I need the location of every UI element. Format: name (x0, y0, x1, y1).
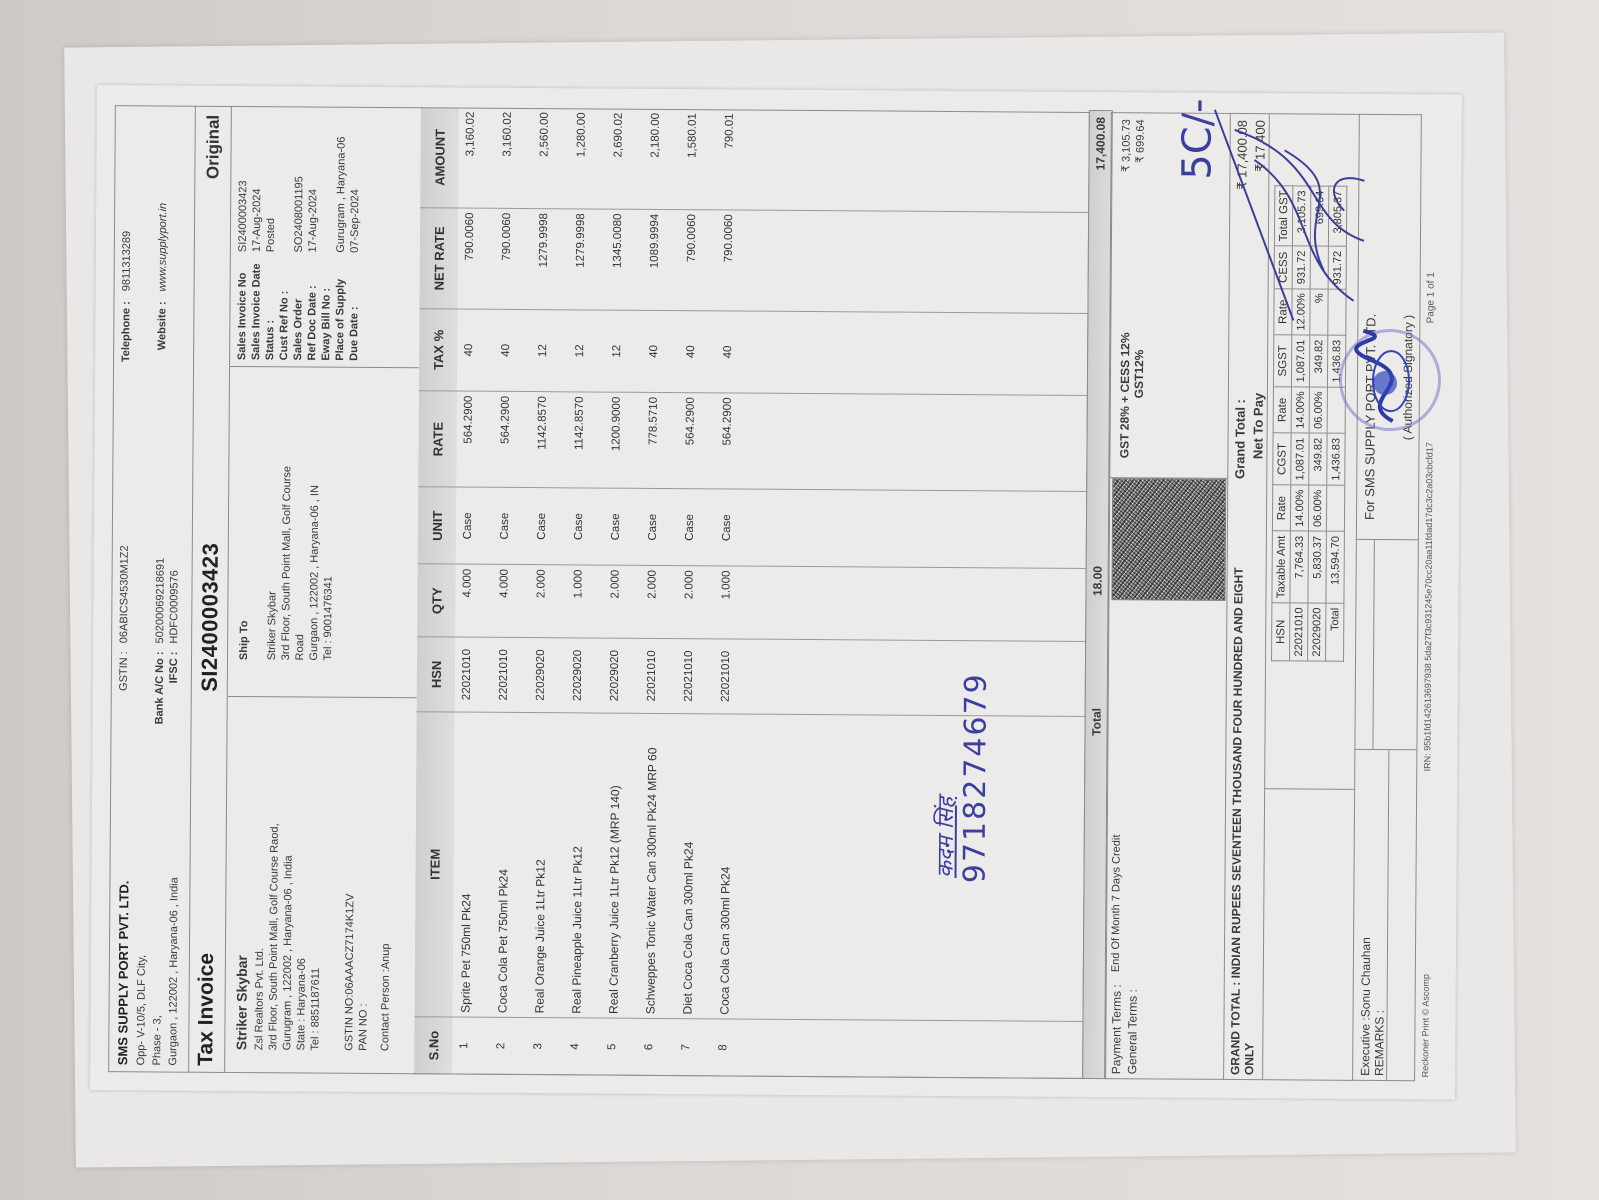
meta-label: Place of Supply (334, 279, 347, 361)
meta-label: Status : (264, 320, 276, 360)
hsn-cell: 06.00% (1309, 387, 1327, 433)
grand-total-words-line2: ONLY (1242, 1043, 1256, 1075)
meta-label: Cust Ref No : (278, 291, 290, 361)
hsn-cell: 349.82 (1309, 433, 1327, 485)
website-value: www.supplyport.in (157, 203, 170, 292)
tax-summary-label: GST 28% + CESS 12% (1117, 332, 1132, 458)
hsn-column-header: Rate (1273, 387, 1291, 433)
bill-to-pan: PAN NO : (357, 1003, 369, 1051)
qr-code (1111, 478, 1226, 601)
meta-value: 07-Sep-2024 (349, 189, 361, 253)
meta-label: Eway Bill No : (320, 288, 333, 361)
handwritten-phone: 9718274679 (957, 672, 993, 883)
gstin-label: GSTIN : (117, 651, 130, 741)
meta-value: Posted (265, 218, 277, 252)
ship-to-line: Striker Skybar (266, 591, 278, 660)
bill-to-contact: Contact Person :Anup (379, 943, 392, 1051)
net-to-pay-label: Net To Pay (1250, 393, 1265, 459)
tax-summary-label: GST12% (1132, 350, 1146, 399)
meta-label: Sales Invoice No (236, 273, 249, 361)
hsn-cell: 7,764.33 (1290, 531, 1308, 603)
hsn-total-cell (1326, 485, 1344, 531)
bill-to-line: Tel : 8851187611 (309, 968, 322, 1051)
grand-total-label: Grand Total : (1232, 399, 1248, 479)
company-name: SMS SUPPLY PORT PVT. LTD. (115, 880, 131, 1065)
bill-to-name: Striker Skybar (233, 955, 250, 1050)
invoice-number-heading: SI2400003423 (197, 543, 224, 692)
bill-to-line: Gurugram , 122002 , Haryana-06 , India (281, 855, 294, 1050)
telephone-value: 9811313289 (121, 231, 133, 291)
meta-value: SO2408001195 (293, 176, 306, 252)
hsn-cell: 5,830.37 (1308, 531, 1326, 603)
company-header: SMS SUPPLY PORT PVT. LTD. Opp- V-10/5, D… (108, 105, 196, 1073)
meta-value: 17-Aug-2024 (251, 188, 263, 252)
executive-name: Executive :Sonu Chauhan (1358, 937, 1373, 1076)
hsn-cell: 14.00% (1291, 387, 1309, 433)
ship-to-line: 3rd Floor, South Point Mall, Golf Course (280, 466, 293, 661)
general-terms-label: General Terms : (1125, 989, 1140, 1074)
software-credit: Reckoner Print © Ascomp (1420, 974, 1431, 1077)
total-amount: 17,400.08 (1093, 117, 1107, 170)
meta-label: Sales Order (292, 299, 304, 361)
bill-to-gstin: GSTIN NO:06AAACZ7174K1ZV (343, 894, 356, 1051)
ship-to-heading: Ship To (238, 621, 250, 661)
invoice-page: SMS SUPPLY PORT PVT. LTD. Opp- V-10/5, D… (90, 85, 1462, 1100)
tax-summary-value: ₹ 699.64 (1133, 119, 1146, 163)
hsn-column-header: HSN (1272, 603, 1290, 661)
hsn-column-header: Taxable Amt (1272, 531, 1290, 603)
hsn-total-cell: Total (1326, 603, 1344, 661)
company-address-1: Opp- V-10/5, DLF City, (135, 955, 148, 1066)
ship-to-line: Road (294, 634, 306, 660)
hsn-column-header: CGST (1273, 433, 1291, 485)
payment-terms-label: Payment Terms : (1109, 984, 1124, 1074)
bank-ac-label: Bank A/C No : (153, 651, 166, 741)
handwritten-mark: 5C/- (1174, 98, 1221, 180)
grand-total-words: GRAND TOTAL : INDIAN RUPEES SEVENTEEN TH… (1228, 567, 1246, 1075)
irn-number: IRN: 95b1fd142613697938 5da27f3c931245e7… (1422, 442, 1434, 771)
hsn-cell: 22029020 (1308, 603, 1326, 661)
total-label: Total (1089, 708, 1104, 808)
telephone-label: Telephone : (120, 301, 133, 391)
hsn-column-header: Rate (1272, 485, 1290, 531)
meta-label: Due Date : (348, 306, 360, 360)
document-title: Tax Invoice (194, 953, 219, 1066)
items-table-border (414, 107, 1090, 1079)
bill-to-line: Zsl Realtors Pvt. Ltd. (253, 948, 266, 1050)
hsn-cell: 06.00% (1308, 485, 1326, 531)
company-address-2: Phase - 3, (151, 1015, 163, 1065)
gstin-value: 06ABICS4530M1Z2 (118, 545, 131, 643)
payment-terms-value: End Of Month 7 Days Credit (1110, 835, 1123, 973)
address-section: Striker Skybar Zsl Realtors Pvt. Ltd. 3r… (224, 106, 423, 1074)
company-address-3: Gurgaon , 122002 , Haryana-06 , India (167, 877, 180, 1065)
bank-ac-value: 50200069218691 (154, 558, 167, 644)
hsn-cell: 14.00% (1290, 485, 1308, 531)
handwritten-name: कदम सिंह (930, 797, 961, 878)
bill-to-line: 3rd Floor, South Point Mall, Golf Course… (267, 823, 281, 1050)
hsn-total-cell: 1,436.83 (1327, 433, 1345, 485)
remarks-label: REMARKS : (1372, 1010, 1386, 1076)
ship-to-line: Gurgaon , 122002 , Haryana-06 , IN (308, 485, 321, 661)
website-label: Website : (156, 301, 169, 391)
total-qty: 18.00 (1090, 566, 1105, 638)
ship-to-line: Tel : 9001476341 (322, 576, 335, 661)
meta-value: 17-Aug-2024 (307, 189, 319, 253)
meta-label: Sales Invoice Date (250, 263, 263, 360)
meta-label: Ref Doc Date : (306, 285, 319, 360)
meta-value: SI2400003423 (237, 180, 249, 252)
ifsc-label: IFSC : (167, 652, 180, 742)
ifsc-value: HDFC0009576 (168, 570, 181, 643)
hsn-total-cell: 13,594.70 (1326, 532, 1344, 604)
tax-summary-value: ₹ 3,105.73 (1119, 119, 1132, 172)
meta-value: Gurugram , Haryana-06 (335, 137, 348, 253)
hsn-cell: 1,087.01 (1291, 433, 1309, 485)
copy-type: Original (203, 115, 223, 179)
bill-to-line: State : Haryana-06 (295, 958, 308, 1050)
hsn-cell: 22021010 (1290, 603, 1308, 661)
page-number: Page 1 of 1 (1425, 272, 1436, 323)
